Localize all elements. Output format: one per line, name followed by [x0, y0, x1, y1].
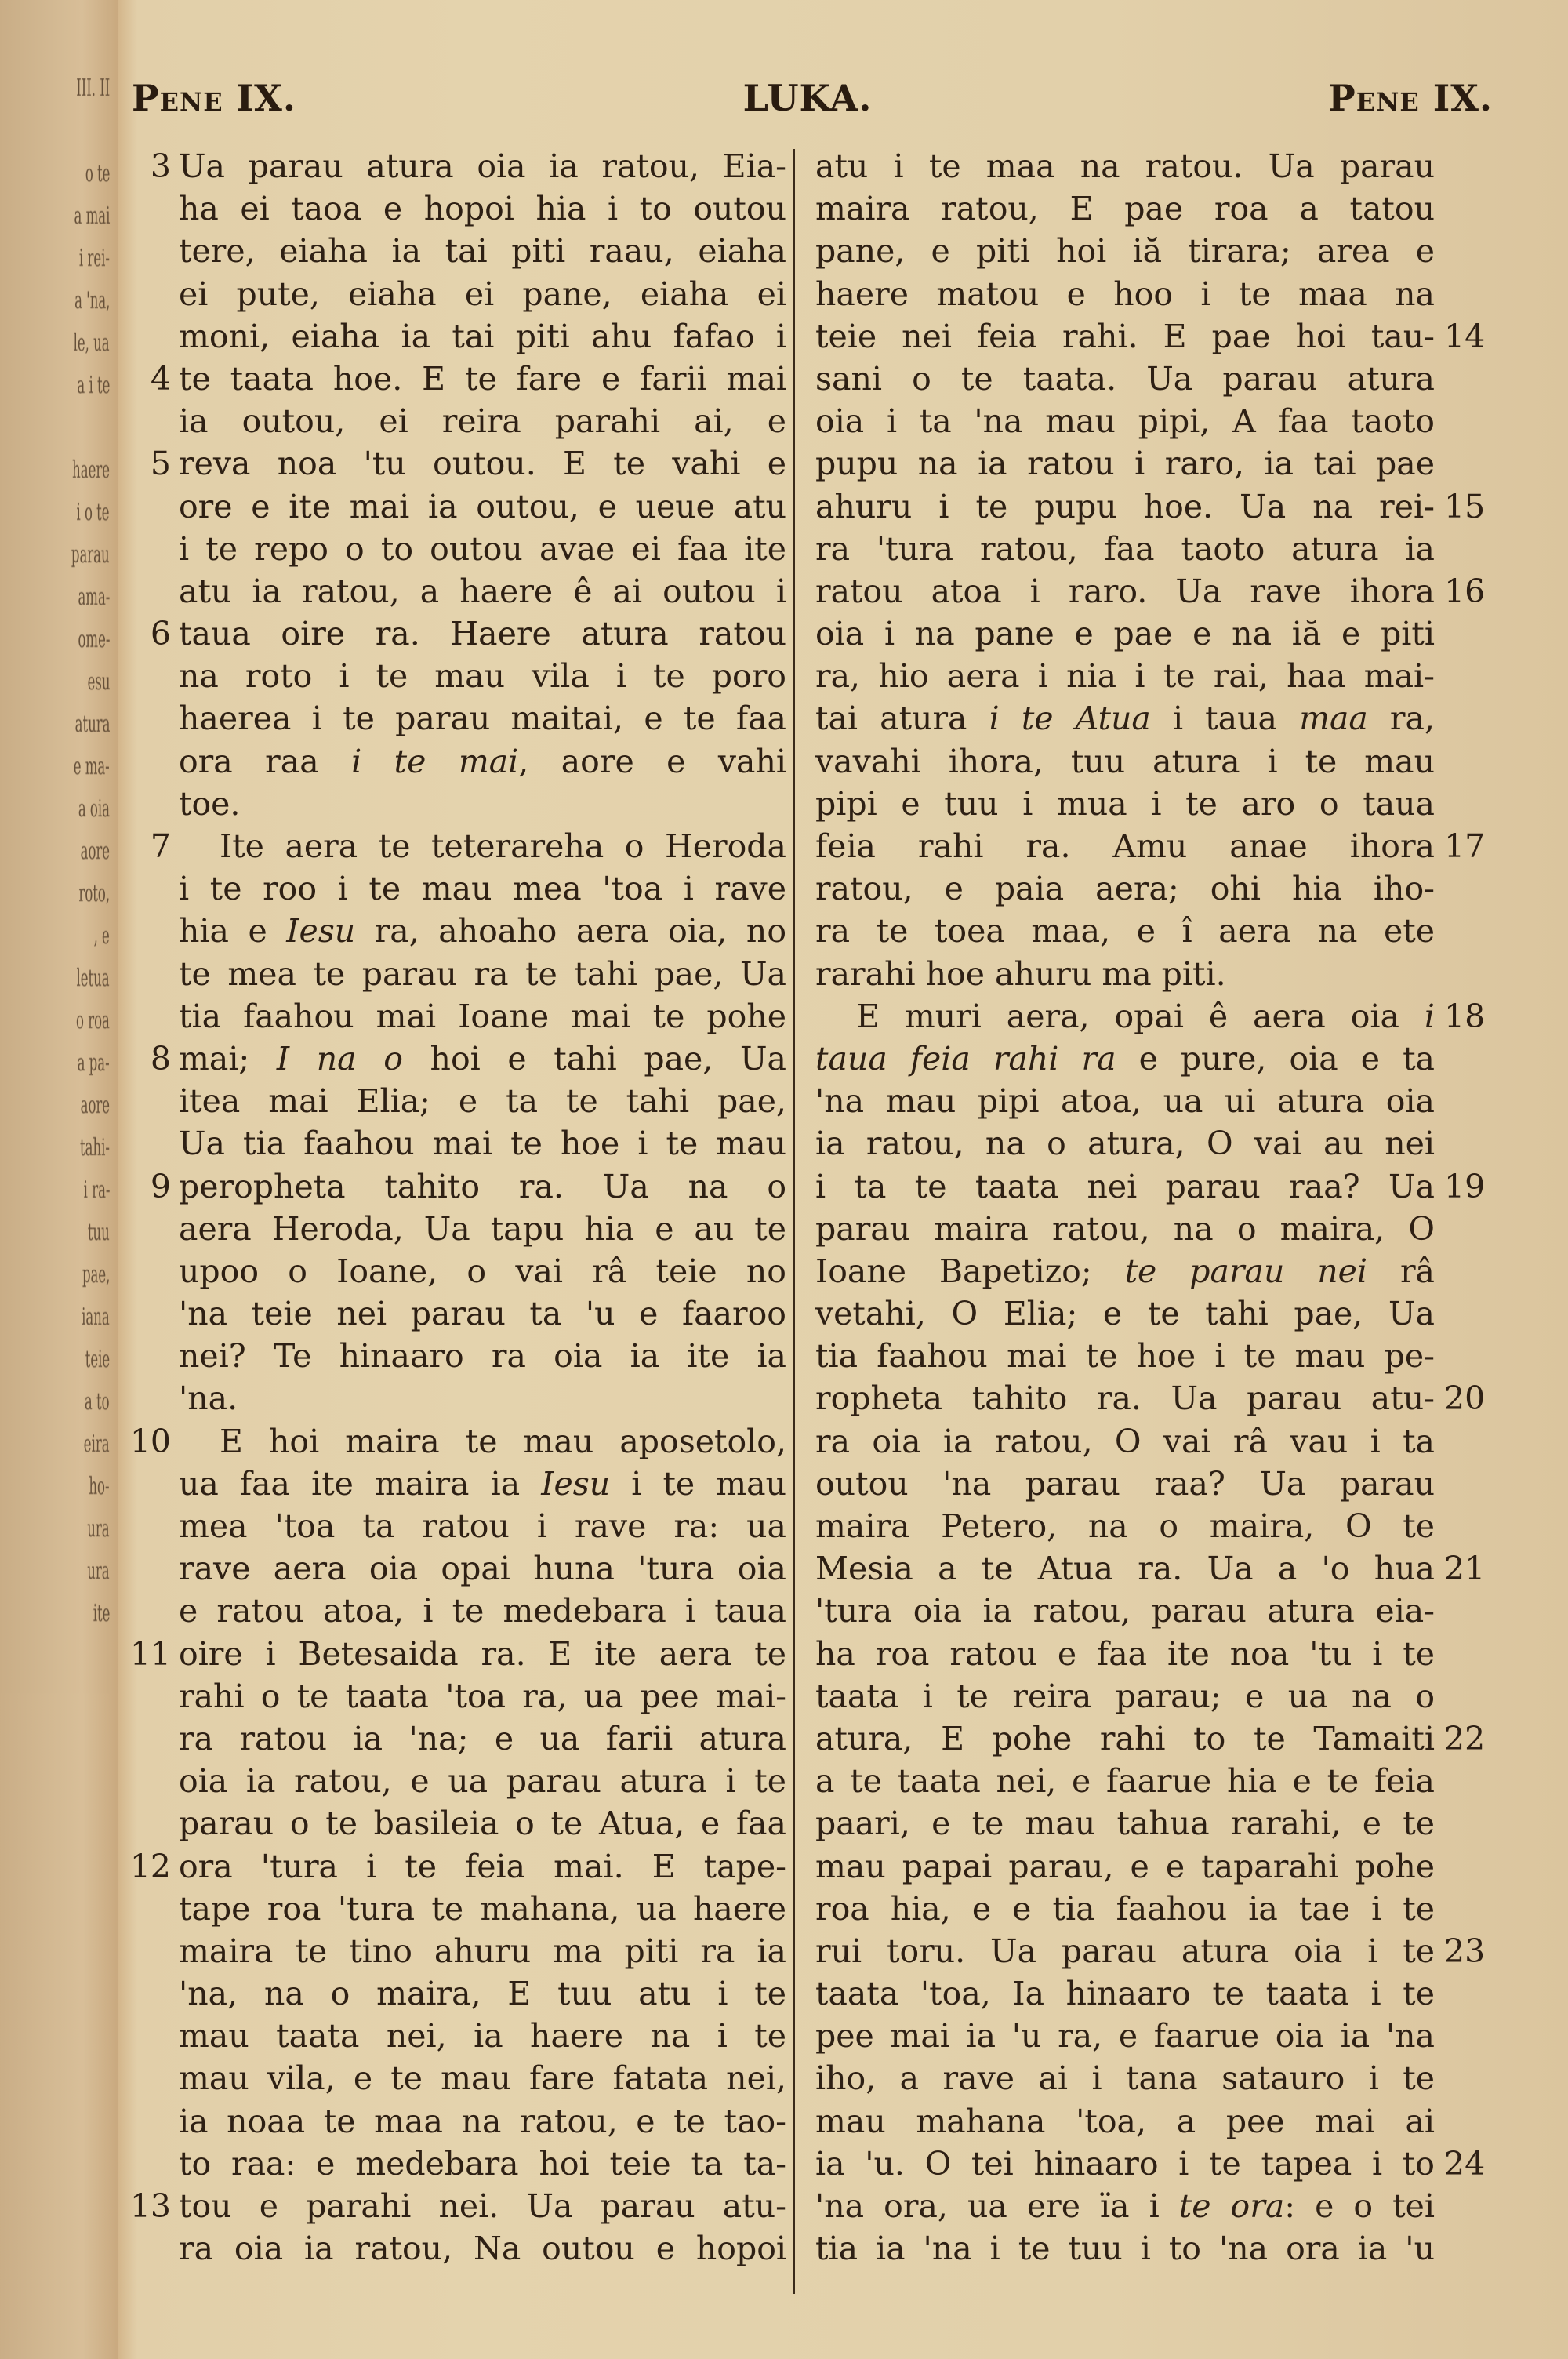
verse-number: 17: [1444, 825, 1485, 867]
text-line: 3Ua parau atura oia ia ratou, Eia-: [179, 145, 786, 187]
text-line: vavahi ihora, tuu atura i te mau: [815, 740, 1435, 783]
verse-number: 22: [1444, 1717, 1485, 1760]
line-text: taata i te reira parau; e ua na o: [815, 1677, 1435, 1715]
line-text: toe.: [179, 785, 240, 823]
text-line: ra oia ia ratou, Na outou e hopoi: [179, 2227, 786, 2270]
line-text: i ta te taata nei parau raa? Ua: [815, 1168, 1435, 1205]
text-line: ore e ite mai ia outou, e ueue atu: [179, 485, 786, 528]
line-text: reva noa 'tu outou. E te vahi e: [179, 445, 786, 482]
line-text: tape roa 'tura te mahana, ua haere: [179, 1890, 786, 1928]
text-line: tai atura i te Atua i taua maa ra,: [815, 697, 1435, 740]
right-text-column: atu i te maa na ratou. Ua paraumaira rat…: [815, 145, 1435, 2270]
line-text: taata 'toa, Ia hinaaro te taata i te: [815, 1975, 1435, 2012]
text-line: 14teie nei feia rahi. E pae hoi tau-: [815, 315, 1435, 358]
line-text: ei pute, eiaha ei pane, eiaha ei: [179, 275, 786, 313]
text-line: 'na, na o maira, E tuu atu i te: [179, 1972, 786, 2015]
line-text: te mea te parau ra te tahi pae, Ua: [179, 955, 786, 993]
bleed-word: a mai: [74, 202, 110, 230]
line-text: ia ratou, na o atura, O vai au nei: [815, 1125, 1435, 1162]
text-line: oia i na pane e pae e na iă e piti: [815, 612, 1435, 655]
text-line: mea 'toa ta ratou i rave ra: ua: [179, 1505, 786, 1547]
verse-number: 21: [1444, 1547, 1485, 1590]
line-text: ore e ite mai ia outou, e ueue atu: [179, 488, 786, 525]
line-text: maira ratou, E pae roa a tatou: [815, 190, 1435, 227]
verse-number: 10: [130, 1420, 171, 1463]
italic-text: I na o: [277, 1040, 403, 1078]
verse-number: 16: [1444, 570, 1485, 612]
text-line: e ratou atoa, i te medebara i taua: [179, 1590, 786, 1632]
text-line: 22atura, E pohe rahi to te Tamaiti: [815, 1717, 1435, 1760]
line-text: haere matou e hoo i te maa na: [815, 275, 1435, 313]
line-text: ra te toea maa, e î aera na ete: [815, 912, 1435, 950]
text-line: tia faahou mai Ioane mai te pohe: [179, 995, 786, 1038]
line-text: taua oire ra. Haere atura ratou: [179, 615, 786, 652]
text-line: ra oia ia ratou, O vai râ vau i ta: [815, 1420, 1435, 1463]
line-text: paari, e te mau tahua rarahi, e te: [815, 1805, 1435, 1842]
bleed-word: aore: [81, 1092, 110, 1119]
line-text: 'na, na o maira, E tuu atu i te: [179, 1975, 786, 2012]
line-text: rave aera oia opai huna 'tura oia: [179, 1550, 786, 1587]
text-line: taua feia rahi ra e pure, oia e ta: [815, 1038, 1435, 1080]
text-line: taata 'toa, Ia hinaaro te taata i te: [815, 1972, 1435, 2015]
line-text: Mesia a te Atua ra. Ua a 'o hua: [815, 1550, 1435, 1587]
bleed-word: letua: [77, 965, 110, 992]
line-text: 'na.: [179, 1379, 238, 1417]
line-text: râ: [1367, 1252, 1435, 1290]
text-line: 6taua oire ra. Haere atura ratou: [179, 612, 786, 655]
text-line: 'na teie nei parau ta 'u e faaroo: [179, 1292, 786, 1335]
line-text: ora 'tura i te feia mai. E tape-: [179, 1848, 786, 1885]
text-line: maira Petero, na o maira, O te: [815, 1505, 1435, 1547]
bleed-word: esu: [87, 668, 110, 696]
line-text: ra, ahoaho aera oia, no: [355, 912, 786, 950]
line-text: pupu na ia ratou i raro, ia tai pae: [815, 445, 1435, 482]
bleed-word: ura: [88, 1558, 110, 1585]
text-line: itea mai Elia; e ta te tahi pae,: [179, 1080, 786, 1122]
italic-text: maa: [1299, 700, 1368, 737]
line-text: i te repo o to outou avae ei faa ite: [179, 530, 786, 568]
bleed-word: a i te: [77, 372, 110, 399]
bleed-word: III. II: [76, 75, 110, 102]
line-text: atura, E pohe rahi to te Tamaiti: [815, 1720, 1435, 1757]
italic-text: i: [1425, 998, 1435, 1035]
running-header: Pene IX. LUKA. Pene IX.: [125, 77, 1490, 132]
bleed-word: o te: [85, 160, 110, 187]
text-line: taata i te reira parau; e ua na o: [815, 1675, 1435, 1717]
line-text: te taata hoe. E te fare e farii mai: [179, 360, 786, 398]
text-line: tape roa 'tura te mahana, ua haere: [179, 1888, 786, 1930]
text-line: sani o te taata. Ua parau atura: [815, 358, 1435, 400]
line-text: 'na ora, ua ere ïa i: [815, 2187, 1179, 2225]
line-text: pipi e tuu i mua i te aro o taua: [815, 785, 1435, 823]
text-line: 20ropheta tahito ra. Ua parau atu-: [815, 1377, 1435, 1419]
line-text: mea 'toa ta ratou i rave ra: ua: [179, 1507, 786, 1545]
line-text: ha ei taoa e hopoi hia i to outou: [179, 190, 786, 227]
line-text: moni, eiaha ia tai piti ahu fafao i: [179, 318, 786, 355]
text-line: 12ora 'tura i te feia mai. E tape-: [179, 1845, 786, 1888]
text-line: ha roa ratou e faa ite noa 'tu i te: [815, 1633, 1435, 1675]
text-line: i te roo i te mau mea 'toa i rave: [179, 867, 786, 910]
left-text-column: 3Ua parau atura oia ia ratou, Eia-ha ei …: [179, 145, 786, 2270]
text-line: aera Heroda, Ua tapu hia e au te: [179, 1208, 786, 1250]
line-text: E hoi maira te mau aposetolo,: [220, 1423, 786, 1460]
text-line: haerea i te parau maitai, e te faa: [179, 697, 786, 740]
line-text: mau vila, e te mau fare fatata nei,: [179, 2059, 786, 2097]
text-line: ratou, e paia aera; ohi hia iho-: [815, 867, 1435, 910]
facing-page-edge: III. IIo tea maii rei-a 'na,le, uaa i te…: [0, 0, 118, 2359]
text-line: 23rui toru. Ua parau atura oia i te: [815, 1930, 1435, 1972]
text-line: oia i ta 'na mau pipi, A faa taoto: [815, 400, 1435, 442]
bleed-word: tahi-: [80, 1134, 110, 1161]
text-line: to raa: e medebara hoi teie ta ta-: [179, 2143, 786, 2185]
line-text: sani o te taata. Ua parau atura: [815, 360, 1435, 398]
text-line: 21Mesia a te Atua ra. Ua a 'o hua: [815, 1547, 1435, 1590]
text-line: ua faa ite maira ia Iesu i te mau: [179, 1463, 786, 1505]
text-line: 17feia rahi ra. Amu anae ihora: [815, 825, 1435, 867]
line-text: tai atura: [815, 700, 989, 737]
line-text: rahi o te taata 'toa ra, ua pee mai-: [179, 1677, 786, 1715]
text-line: oia ia ratou, e ua parau atura i te: [179, 1760, 786, 1802]
bleed-word: atura: [74, 711, 110, 738]
line-text: vavahi ihora, tuu atura i te mau: [815, 743, 1435, 780]
text-line: pee mai ia 'u ra, e faarue oia ia 'na: [815, 2015, 1435, 2057]
text-line: mau mahana 'toa, a pee mai ai: [815, 2100, 1435, 2143]
line-text: ora raa: [179, 743, 351, 780]
italic-text: i te mai: [351, 743, 518, 780]
line-text: parau maira ratou, na o maira, O: [815, 1210, 1435, 1248]
line-text: oia i ta 'na mau pipi, A faa taoto: [815, 402, 1435, 440]
text-line: 10E hoi maira te mau aposetolo,: [179, 1420, 786, 1463]
bleed-word: i rei-: [79, 245, 110, 272]
line-text: roa hia, e e tia faahou ia tae i te: [815, 1890, 1435, 1928]
line-text: maira te tino ahuru ma piti ra ia: [179, 1932, 786, 1970]
line-text: i te mau: [610, 1465, 786, 1503]
bleed-word: pae,: [82, 1261, 110, 1289]
line-text: atu i te maa na ratou. Ua parau: [815, 147, 1435, 185]
text-line: 7Ite aera te teterareha o Heroda: [179, 825, 786, 867]
bleed-word: ho-: [89, 1473, 110, 1500]
line-text: rui toru. Ua parau atura oia i te: [815, 1932, 1435, 1970]
line-text: feia rahi ra. Amu anae ihora: [815, 827, 1435, 865]
line-text: Ioane Bapetizo;: [815, 1252, 1125, 1290]
line-text: itea mai Elia; e ta te tahi pae,: [179, 1082, 786, 1120]
text-line: hia e Iesu ra, ahoaho aera oia, no: [179, 910, 786, 952]
text-line: nei? Te hinaaro ra oia ia ite ia: [179, 1335, 786, 1377]
text-line: roa hia, e e tia faahou ia tae i te: [815, 1888, 1435, 1930]
text-line: vetahi, O Elia; e te tahi pae, Ua: [815, 1292, 1435, 1335]
line-text: mau papai parau, e e taparahi pohe: [815, 1848, 1435, 1885]
line-text: mau mahana 'toa, a pee mai ai: [815, 2103, 1435, 2140]
text-line: upoo o Ioane, o vai râ teie no: [179, 1250, 786, 1292]
verse-number: 9: [151, 1165, 171, 1208]
line-text: ratou, e paia aera; ohi hia iho-: [815, 870, 1435, 907]
line-text: ahuru i te pupu hoe. Ua na rei-: [815, 488, 1435, 525]
line-text: iho, a rave ai i tana satauro i te: [815, 2059, 1435, 2097]
text-line: ra, hio aera i nia i te rai, haa mai-: [815, 655, 1435, 697]
italic-text: i te Atua: [989, 700, 1151, 737]
bleed-word: a oia: [78, 795, 110, 823]
text-line: rarahi hoe ahuru ma piti.: [815, 953, 1435, 995]
text-line: mau vila, e te mau fare fatata nei,: [179, 2057, 786, 2099]
text-line: 18E muri aera, opai ê aera oia i: [815, 995, 1435, 1038]
italic-text: Iesu: [286, 912, 355, 950]
line-text: , aore e vahi: [518, 743, 786, 780]
line-text: peropheta tahito ra. Ua na o: [179, 1168, 786, 1205]
text-line: ia outou, ei reira parahi ai, e: [179, 400, 786, 442]
bleed-word: tuu: [88, 1219, 110, 1246]
verse-number: 15: [1444, 485, 1485, 528]
line-text: teie nei feia rahi. E pae hoi tau-: [815, 318, 1435, 355]
line-text: nei? Te hinaaro ra oia ia ite ia: [179, 1337, 786, 1375]
text-line: 'na mau pipi atoa, ua ui atura oia: [815, 1080, 1435, 1122]
bleed-word: parau: [71, 541, 110, 569]
line-text: ratou atoa i raro. Ua rave ihora: [815, 572, 1435, 610]
text-line: rave aera oia opai huna 'tura oia: [179, 1547, 786, 1590]
verse-number: 13: [130, 2185, 171, 2227]
text-line: 'na ora, ua ere ïa i te ora: e o tei: [815, 2185, 1435, 2227]
line-text: Ite aera te teterareha o Heroda: [220, 827, 786, 865]
line-text: oire i Betesaida ra. E ite aera te: [179, 1635, 786, 1673]
bleed-word: eira: [84, 1430, 110, 1458]
bleed-word: ama-: [78, 583, 110, 611]
bleed-word: ite: [93, 1600, 110, 1627]
line-text: tou e parahi nei. Ua parau atu-: [179, 2187, 786, 2225]
bleed-word: aore: [81, 838, 110, 865]
text-line: 'na.: [179, 1377, 786, 1419]
text-line: ra te toea maa, e î aera na ete: [815, 910, 1435, 952]
bleed-word: i ra-: [83, 1176, 110, 1204]
line-text: tia faahou mai Ioane mai te pohe: [179, 998, 786, 1035]
line-text: i taua: [1151, 700, 1299, 737]
line-text: ha roa ratou e faa ite noa 'tu i te: [815, 1635, 1435, 1673]
line-text: ropheta tahito ra. Ua parau atu-: [815, 1379, 1435, 1417]
verse-number: 14: [1444, 315, 1485, 358]
line-text: outou 'na parau raa? Ua parau: [815, 1465, 1435, 1503]
text-line: mau taata nei, ia haere na i te: [179, 2015, 786, 2057]
chapter-label-right: Pene IX.: [1328, 77, 1493, 119]
line-text: ra ratou ia 'na; e ua farii atura: [179, 1720, 786, 1757]
line-text: hoi e tahi pae, Ua: [403, 1040, 786, 1078]
verse-number: 7: [151, 825, 171, 867]
text-line: ei pute, eiaha ei pane, eiaha ei: [179, 273, 786, 315]
text-line: ora raa i te mai, aore e vahi: [179, 740, 786, 783]
line-text: parau o te basileia o te Atua, e faa: [179, 1805, 786, 1842]
line-text: ia noaa te maa na ratou, e te tao-: [179, 2103, 786, 2140]
line-text: oia i na pane e pae e na iă e piti: [815, 615, 1435, 652]
text-line: maira ratou, E pae roa a tatou: [815, 187, 1435, 230]
text-line: i te repo o to outou avae ei faa ite: [179, 528, 786, 570]
text-line: 11oire i Betesaida ra. E ite aera te: [179, 1633, 786, 1675]
line-text: maira Petero, na o maira, O te: [815, 1507, 1435, 1545]
line-text: ua faa ite maira ia: [179, 1465, 541, 1503]
line-text: a te taata nei, e faarue hia e te feia: [815, 1762, 1435, 1800]
text-line: Ioane Bapetizo; te parau nei râ: [815, 1250, 1435, 1292]
line-text: Ua parau atura oia ia ratou, Eia-: [179, 147, 786, 185]
line-text: vetahi, O Elia; e te tahi pae, Ua: [815, 1295, 1435, 1332]
line-text: aera Heroda, Ua tapu hia e au te: [179, 1210, 786, 1248]
verse-number: 20: [1444, 1377, 1485, 1419]
text-line: 'tura oia ia ratou, parau atura eia-: [815, 1590, 1435, 1632]
text-line: 13tou e parahi nei. Ua parau atu-: [179, 2185, 786, 2227]
line-text: pee mai ia 'u ra, e faarue oia ia 'na: [815, 2017, 1435, 2055]
bleed-word: e ma-: [74, 753, 110, 780]
line-text: tia ia 'na i te tuu i to 'na ora ia 'u: [815, 2230, 1435, 2267]
verse-number: 5: [151, 442, 171, 485]
text-line: mau papai parau, e e taparahi pohe: [815, 1845, 1435, 1888]
text-line: pipi e tuu i mua i te aro o taua: [815, 783, 1435, 825]
bleed-word: iana: [82, 1303, 110, 1331]
text-line: iho, a rave ai i tana satauro i te: [815, 2057, 1435, 2099]
text-line: ia ratou, na o atura, O vai au nei: [815, 1122, 1435, 1165]
line-text: hia e: [179, 912, 286, 950]
text-line: ra ratou ia 'na; e ua farii atura: [179, 1717, 786, 1760]
text-line: parau o te basileia o te Atua, e faa: [179, 1802, 786, 1845]
bleed-word: , e: [94, 922, 110, 950]
line-text: 'na teie nei parau ta 'u e faaroo: [179, 1295, 786, 1332]
line-text: ia outou, ei reira parahi ai, e: [179, 402, 786, 440]
bleed-word: a to: [85, 1388, 110, 1416]
text-line: 5reva noa 'tu outou. E te vahi e: [179, 442, 786, 485]
line-text: ra,: [1368, 700, 1435, 737]
text-line: tere, eiaha ia tai piti raau, eiaha: [179, 230, 786, 272]
text-line: tia faahou mai te hoe i te mau pe-: [815, 1335, 1435, 1377]
verse-number: 11: [130, 1633, 171, 1675]
line-text: upoo o Ioane, o vai râ teie no: [179, 1252, 786, 1290]
bleed-word: le, ua: [74, 329, 110, 357]
text-line: te mea te parau ra te tahi pae, Ua: [179, 953, 786, 995]
bleed-word: ura: [88, 1515, 110, 1543]
bleed-word: a 'na,: [74, 287, 110, 314]
text-line: 24ia 'u. O tei hinaaro i te tapea i to: [815, 2143, 1435, 2185]
text-line: moni, eiaha ia tai piti ahu fafao i: [179, 315, 786, 358]
text-line: Ua tia faahou mai te hoe i te mau: [179, 1122, 786, 1165]
text-line: ia noaa te maa na ratou, e te tao-: [179, 2100, 786, 2143]
text-line: atu ia ratou, a haere ê ai outou i: [179, 570, 786, 612]
line-text: ra 'tura ratou, faa taoto atura ia: [815, 530, 1435, 568]
line-text: ra oia ia ratou, Na outou e hopoi: [179, 2230, 786, 2267]
verse-number: 23: [1444, 1930, 1485, 1972]
verse-number: 18: [1444, 995, 1485, 1038]
bleed-word: teie: [85, 1346, 110, 1373]
text-line: atu i te maa na ratou. Ua parau: [815, 145, 1435, 187]
line-text: i te roo i te mau mea 'toa i rave: [179, 870, 786, 907]
text-line: 8mai; I na o hoi e tahi pae, Ua: [179, 1038, 786, 1080]
bleed-word: ome-: [78, 626, 110, 653]
text-line: na roto i te mau vila i te poro: [179, 655, 786, 697]
verse-number: 24: [1444, 2143, 1485, 2185]
bleed-word: a pa-: [78, 1049, 110, 1077]
line-text: haerea i te parau maitai, e te faa: [179, 700, 786, 737]
line-text: ia 'u. O tei hinaaro i te tapea i to: [815, 2145, 1435, 2183]
text-line: 19i ta te taata nei parau raa? Ua: [815, 1165, 1435, 1208]
text-line: toe.: [179, 783, 786, 825]
verse-number: 6: [151, 612, 171, 655]
line-text: pane, e piti hoi iă tirara; area e: [815, 232, 1435, 270]
line-text: E muri aera, opai ê aera oia: [856, 998, 1425, 1035]
text-line: ra 'tura ratou, faa taoto atura ia: [815, 528, 1435, 570]
line-text: ra oia ia ratou, O vai râ vau i ta: [815, 1423, 1435, 1460]
bleed-word: haere: [72, 456, 110, 484]
line-text: mau taata nei, ia haere na i te: [179, 2017, 786, 2055]
text-line: outou 'na parau raa? Ua parau: [815, 1463, 1435, 1505]
text-line: a te taata nei, e faarue hia e te feia: [815, 1760, 1435, 1802]
line-text: 'tura oia ia ratou, parau atura eia-: [815, 1592, 1435, 1630]
text-line: rahi o te taata 'toa ra, ua pee mai-: [179, 1675, 786, 1717]
text-line: paari, e te mau tahua rarahi, e te: [815, 1802, 1435, 1845]
italic-text: Iesu: [541, 1465, 610, 1503]
italic-text: taua feia rahi ra: [815, 1040, 1116, 1078]
line-text: e pure, oia e ta: [1116, 1040, 1435, 1078]
text-line: tia ia 'na i te tuu i to 'na ora ia 'u: [815, 2227, 1435, 2270]
verse-number: 3: [151, 145, 171, 187]
bleed-word: o roa: [76, 1007, 110, 1034]
bleed-word: roto,: [78, 880, 110, 907]
text-line: 4te taata hoe. E te fare e farii mai: [179, 358, 786, 400]
line-text: Ua tia faahou mai te hoe i te mau: [179, 1125, 786, 1162]
text-line: 16ratou atoa i raro. Ua rave ihora: [815, 570, 1435, 612]
line-text: : e o tei: [1284, 2187, 1435, 2225]
line-text: mai;: [179, 1040, 277, 1078]
text-line: parau maira ratou, na o maira, O: [815, 1208, 1435, 1250]
line-text: ra, hio aera i nia i te rai, haa mai-: [815, 657, 1435, 695]
line-text: tere, eiaha ia tai piti raau, eiaha: [179, 232, 786, 270]
italic-text: te parau nei: [1125, 1252, 1367, 1290]
verse-number: 8: [151, 1038, 171, 1080]
line-text: atu ia ratou, a haere ê ai outou i: [179, 572, 786, 610]
book-title: LUKA.: [125, 77, 1490, 119]
bleed-word: i o te: [77, 499, 110, 526]
line-text: 'na mau pipi atoa, ua ui atura oia: [815, 1082, 1435, 1120]
text-line: pupu na ia ratou i raro, ia tai pae: [815, 442, 1435, 485]
line-text: to raa: e medebara hoi teie ta ta-: [179, 2145, 786, 2183]
verse-number: 19: [1444, 1165, 1485, 1208]
verse-number: 4: [151, 358, 171, 400]
text-line: pane, e piti hoi iă tirara; area e: [815, 230, 1435, 272]
text-line: ha ei taoa e hopoi hia i to outou: [179, 187, 786, 230]
text-line: haere matou e hoo i te maa na: [815, 273, 1435, 315]
verse-number: 12: [130, 1845, 171, 1888]
line-text: tia faahou mai te hoe i te mau pe-: [815, 1337, 1435, 1375]
italic-text: te ora: [1179, 2187, 1285, 2225]
text-line: 9peropheta tahito ra. Ua na o: [179, 1165, 786, 1208]
line-text: rarahi hoe ahuru ma piti.: [815, 955, 1226, 993]
line-text: oia ia ratou, e ua parau atura i te: [179, 1762, 786, 1800]
text-line: maira te tino ahuru ma piti ra ia: [179, 1930, 786, 1972]
line-text: e ratou atoa, i te medebara i taua: [179, 1592, 786, 1630]
line-text: na roto i te mau vila i te poro: [179, 657, 786, 695]
text-line: 15ahuru i te pupu hoe. Ua na rei-: [815, 485, 1435, 528]
column-rule: [793, 149, 795, 2294]
